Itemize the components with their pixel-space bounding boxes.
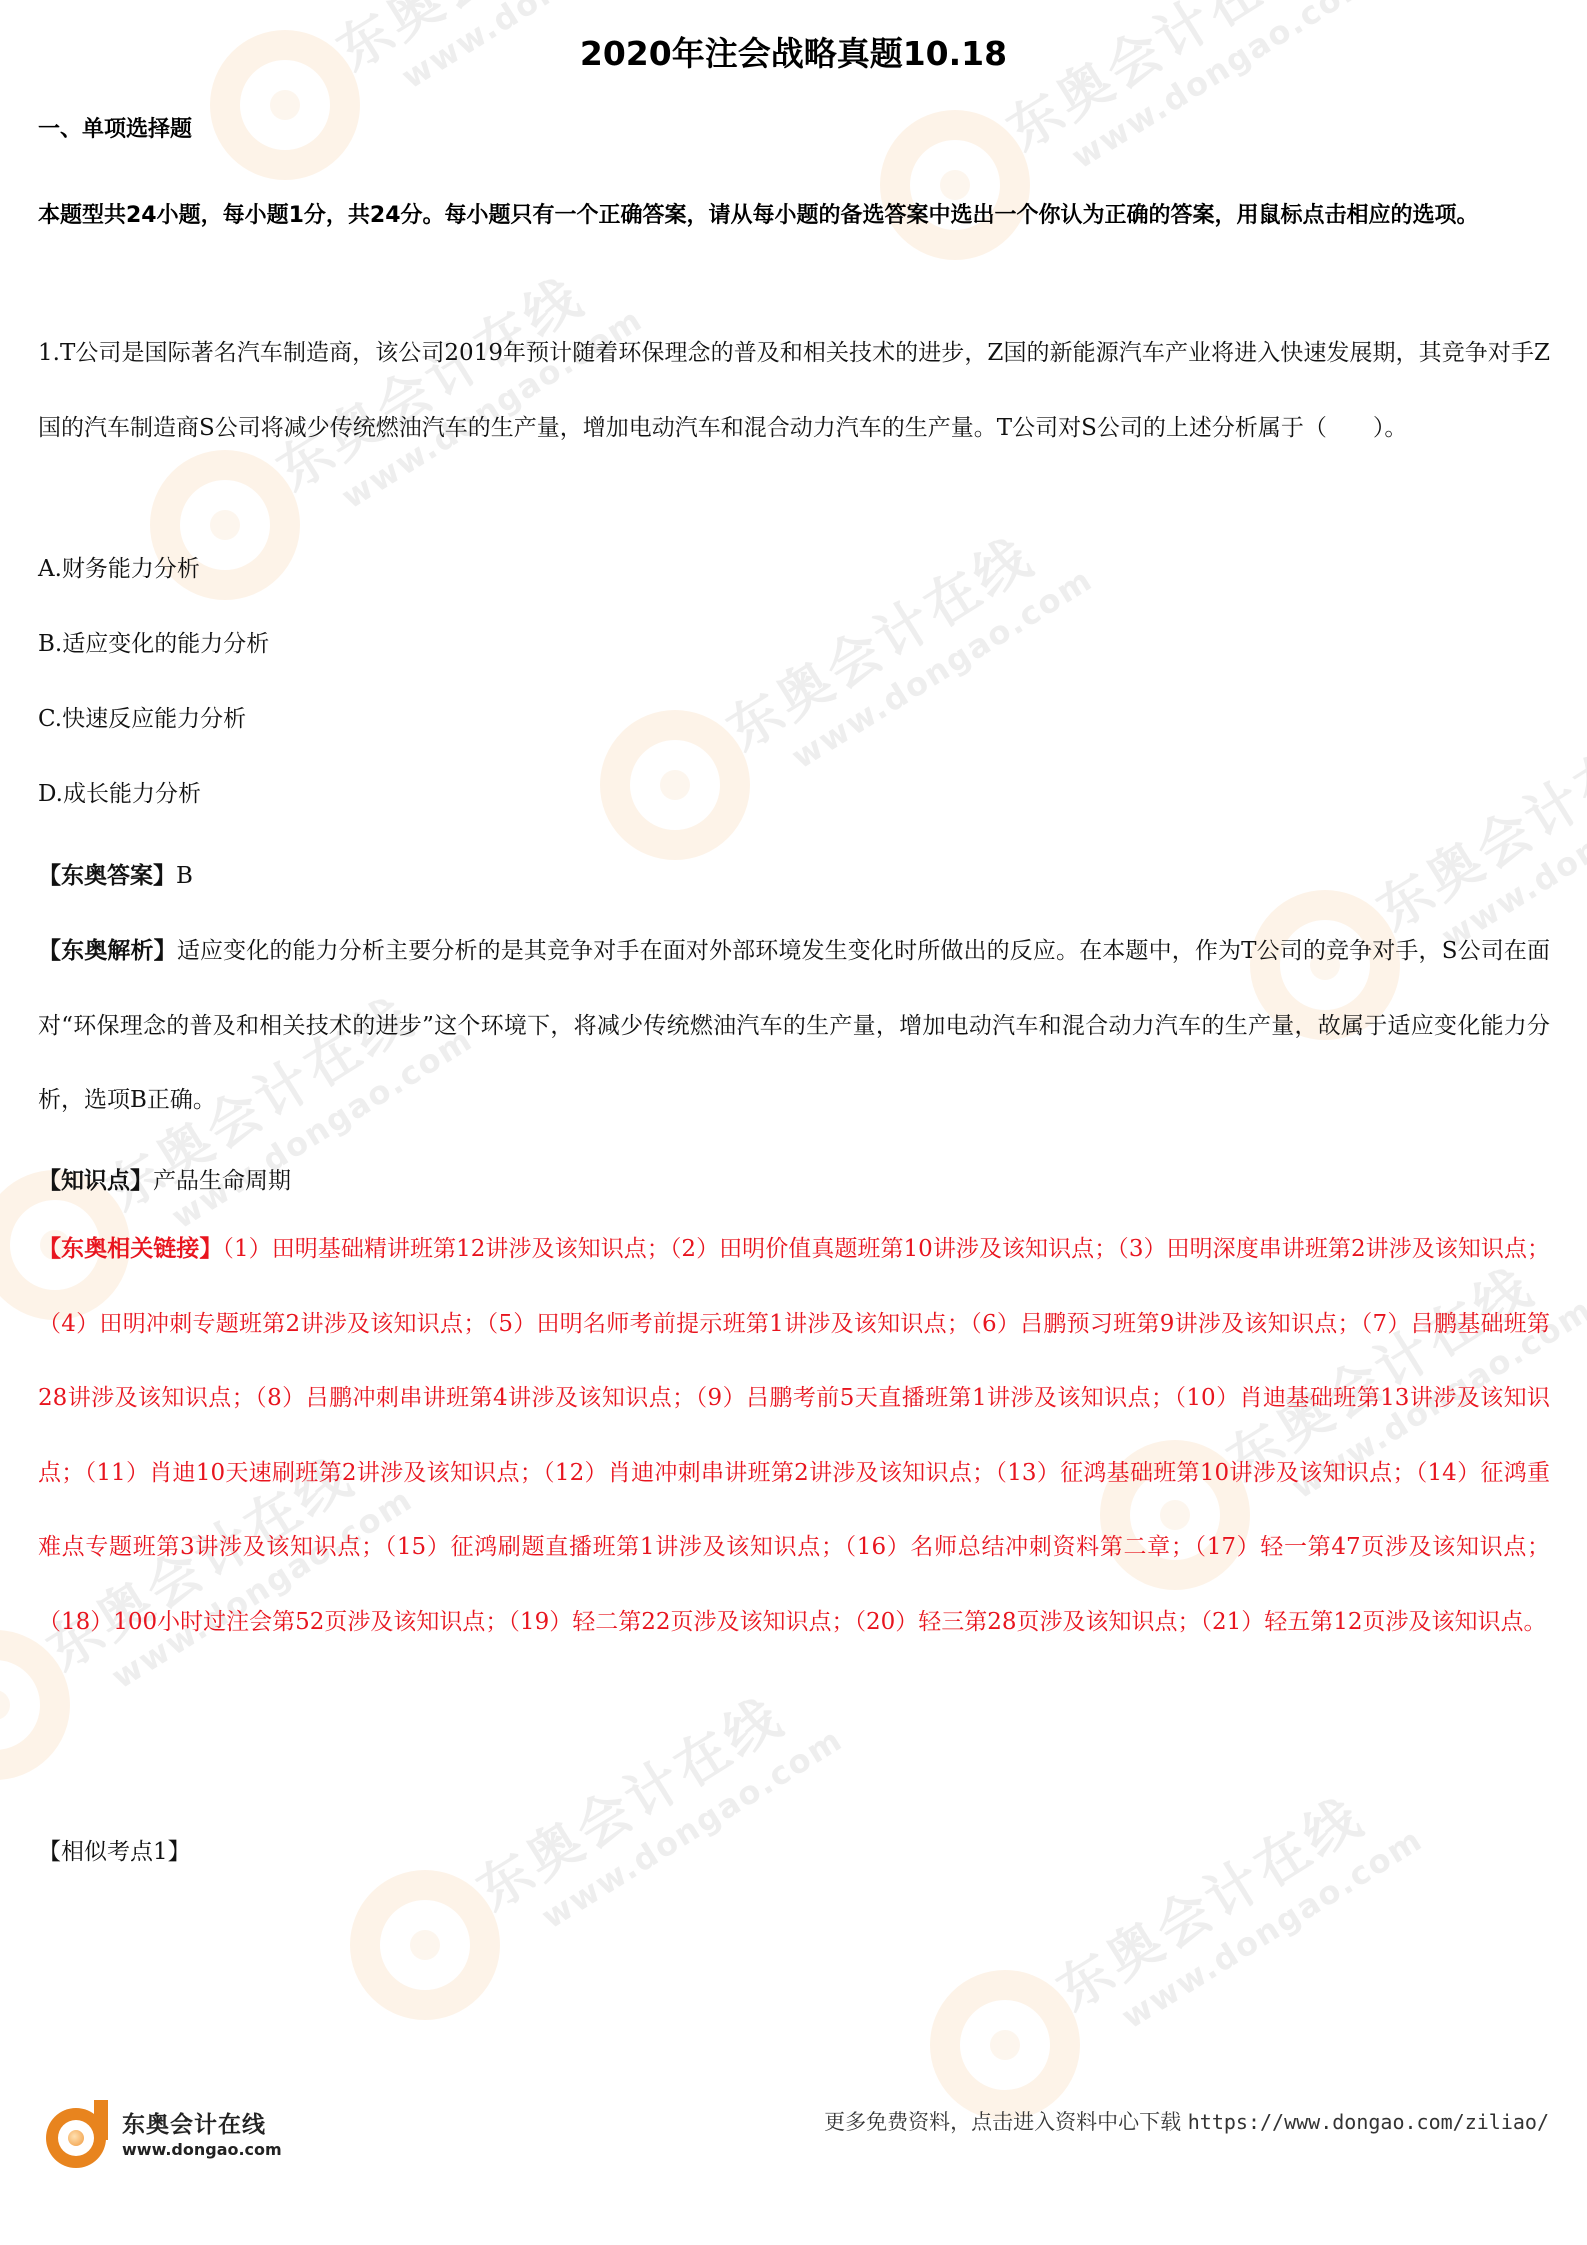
option-c[interactable]: C.快速反应能力分析 — [38, 700, 246, 733]
watermark-logo-icon — [600, 710, 750, 860]
option-text: 成长能力分析 — [63, 781, 201, 807]
knowledge-label: 【知识点】 — [38, 1167, 153, 1194]
logo-url: www.dongao.com — [122, 2140, 282, 2159]
watermark-logo-icon — [930, 1970, 1080, 2120]
footer-note-text: 更多免费资料，点击进入资料中心下载 — [824, 2110, 1181, 2134]
analysis-block: 【东奥解析】适应变化的能力分析主要分析的是其竞争对手在面对外部环境发生变化时所做… — [38, 914, 1550, 1138]
footer-logo[interactable]: 东奥会计在线 www.dongao.com — [46, 2100, 306, 2170]
option-text: 快速反应能力分析 — [62, 706, 246, 732]
answer-line: 【东奥答案】B — [38, 857, 193, 890]
watermark-logo-icon — [350, 1870, 500, 2020]
option-text: 适应变化的能力分析 — [62, 631, 269, 657]
option-key: C. — [38, 706, 62, 732]
answer-label: 【东奥答案】 — [38, 862, 176, 889]
related-links-label: 【东奥相关链接】 — [38, 1235, 222, 1262]
page-title: 2020年注会战略真题10.18 — [0, 28, 1587, 75]
question-number: 1. — [38, 340, 60, 366]
option-a[interactable]: A.财务能力分析 — [38, 550, 200, 583]
option-b[interactable]: B.适应变化的能力分析 — [38, 625, 269, 658]
section-heading: 一、单项选择题 — [38, 112, 192, 143]
watermark: 东奥会计在线www.dongao.com — [350, 1800, 870, 2060]
knowledge-value: 产品生命周期 — [153, 1168, 291, 1194]
watermark: 东奥会计在线www.dongao.com — [880, 40, 1400, 300]
watermark: 东奥会计在线www.dongao.com — [600, 640, 1120, 900]
knowledge-point: 【知识点】产品生命周期 — [38, 1162, 291, 1195]
logo-brand-name: 东奥会计在线 — [122, 2106, 266, 2139]
option-text: 财务能力分析 — [62, 556, 200, 582]
similar-point-heading: 【相似考点1】 — [38, 1833, 191, 1866]
footer-download-link[interactable]: https://www.dongao.com/ziliao/ — [1188, 2110, 1549, 2134]
analysis-label: 【东奥解析】 — [38, 937, 177, 964]
answer-value: B — [176, 863, 193, 889]
related-links-text: （1）田明基础精讲班第12讲涉及该知识点；（2）田明价值真题班第10讲涉及该知识… — [38, 1236, 1550, 1635]
option-d[interactable]: D.成长能力分析 — [38, 775, 201, 808]
question-text: T公司是国际著名汽车制造商，该公司2019年预计随着环保理念的普及和相关技术的进… — [38, 340, 1550, 441]
question-stem: 1.T公司是国际著名汽车制造商，该公司2019年预计随着环保理念的普及和相关技术… — [38, 316, 1550, 465]
option-key: B. — [38, 631, 62, 657]
analysis-text: 适应变化的能力分析主要分析的是其竞争对手在面对外部环境发生变化时所做出的反应。在… — [38, 938, 1550, 1113]
related-links-block: 【东奥相关链接】（1）田明基础精讲班第12讲涉及该知识点；（2）田明价值真题班第… — [38, 1212, 1550, 1659]
dongao-logo-icon — [46, 2100, 108, 2168]
section-instructions: 本题型共24小题，每小题1分，共24分。每小题只有一个正确答案，请从每小题的备选… — [38, 178, 1550, 253]
option-key: D. — [38, 781, 63, 807]
option-key: A. — [38, 556, 62, 582]
footer-download-note: 更多免费资料，点击进入资料中心下载 https://www.dongao.com… — [824, 2106, 1549, 2136]
